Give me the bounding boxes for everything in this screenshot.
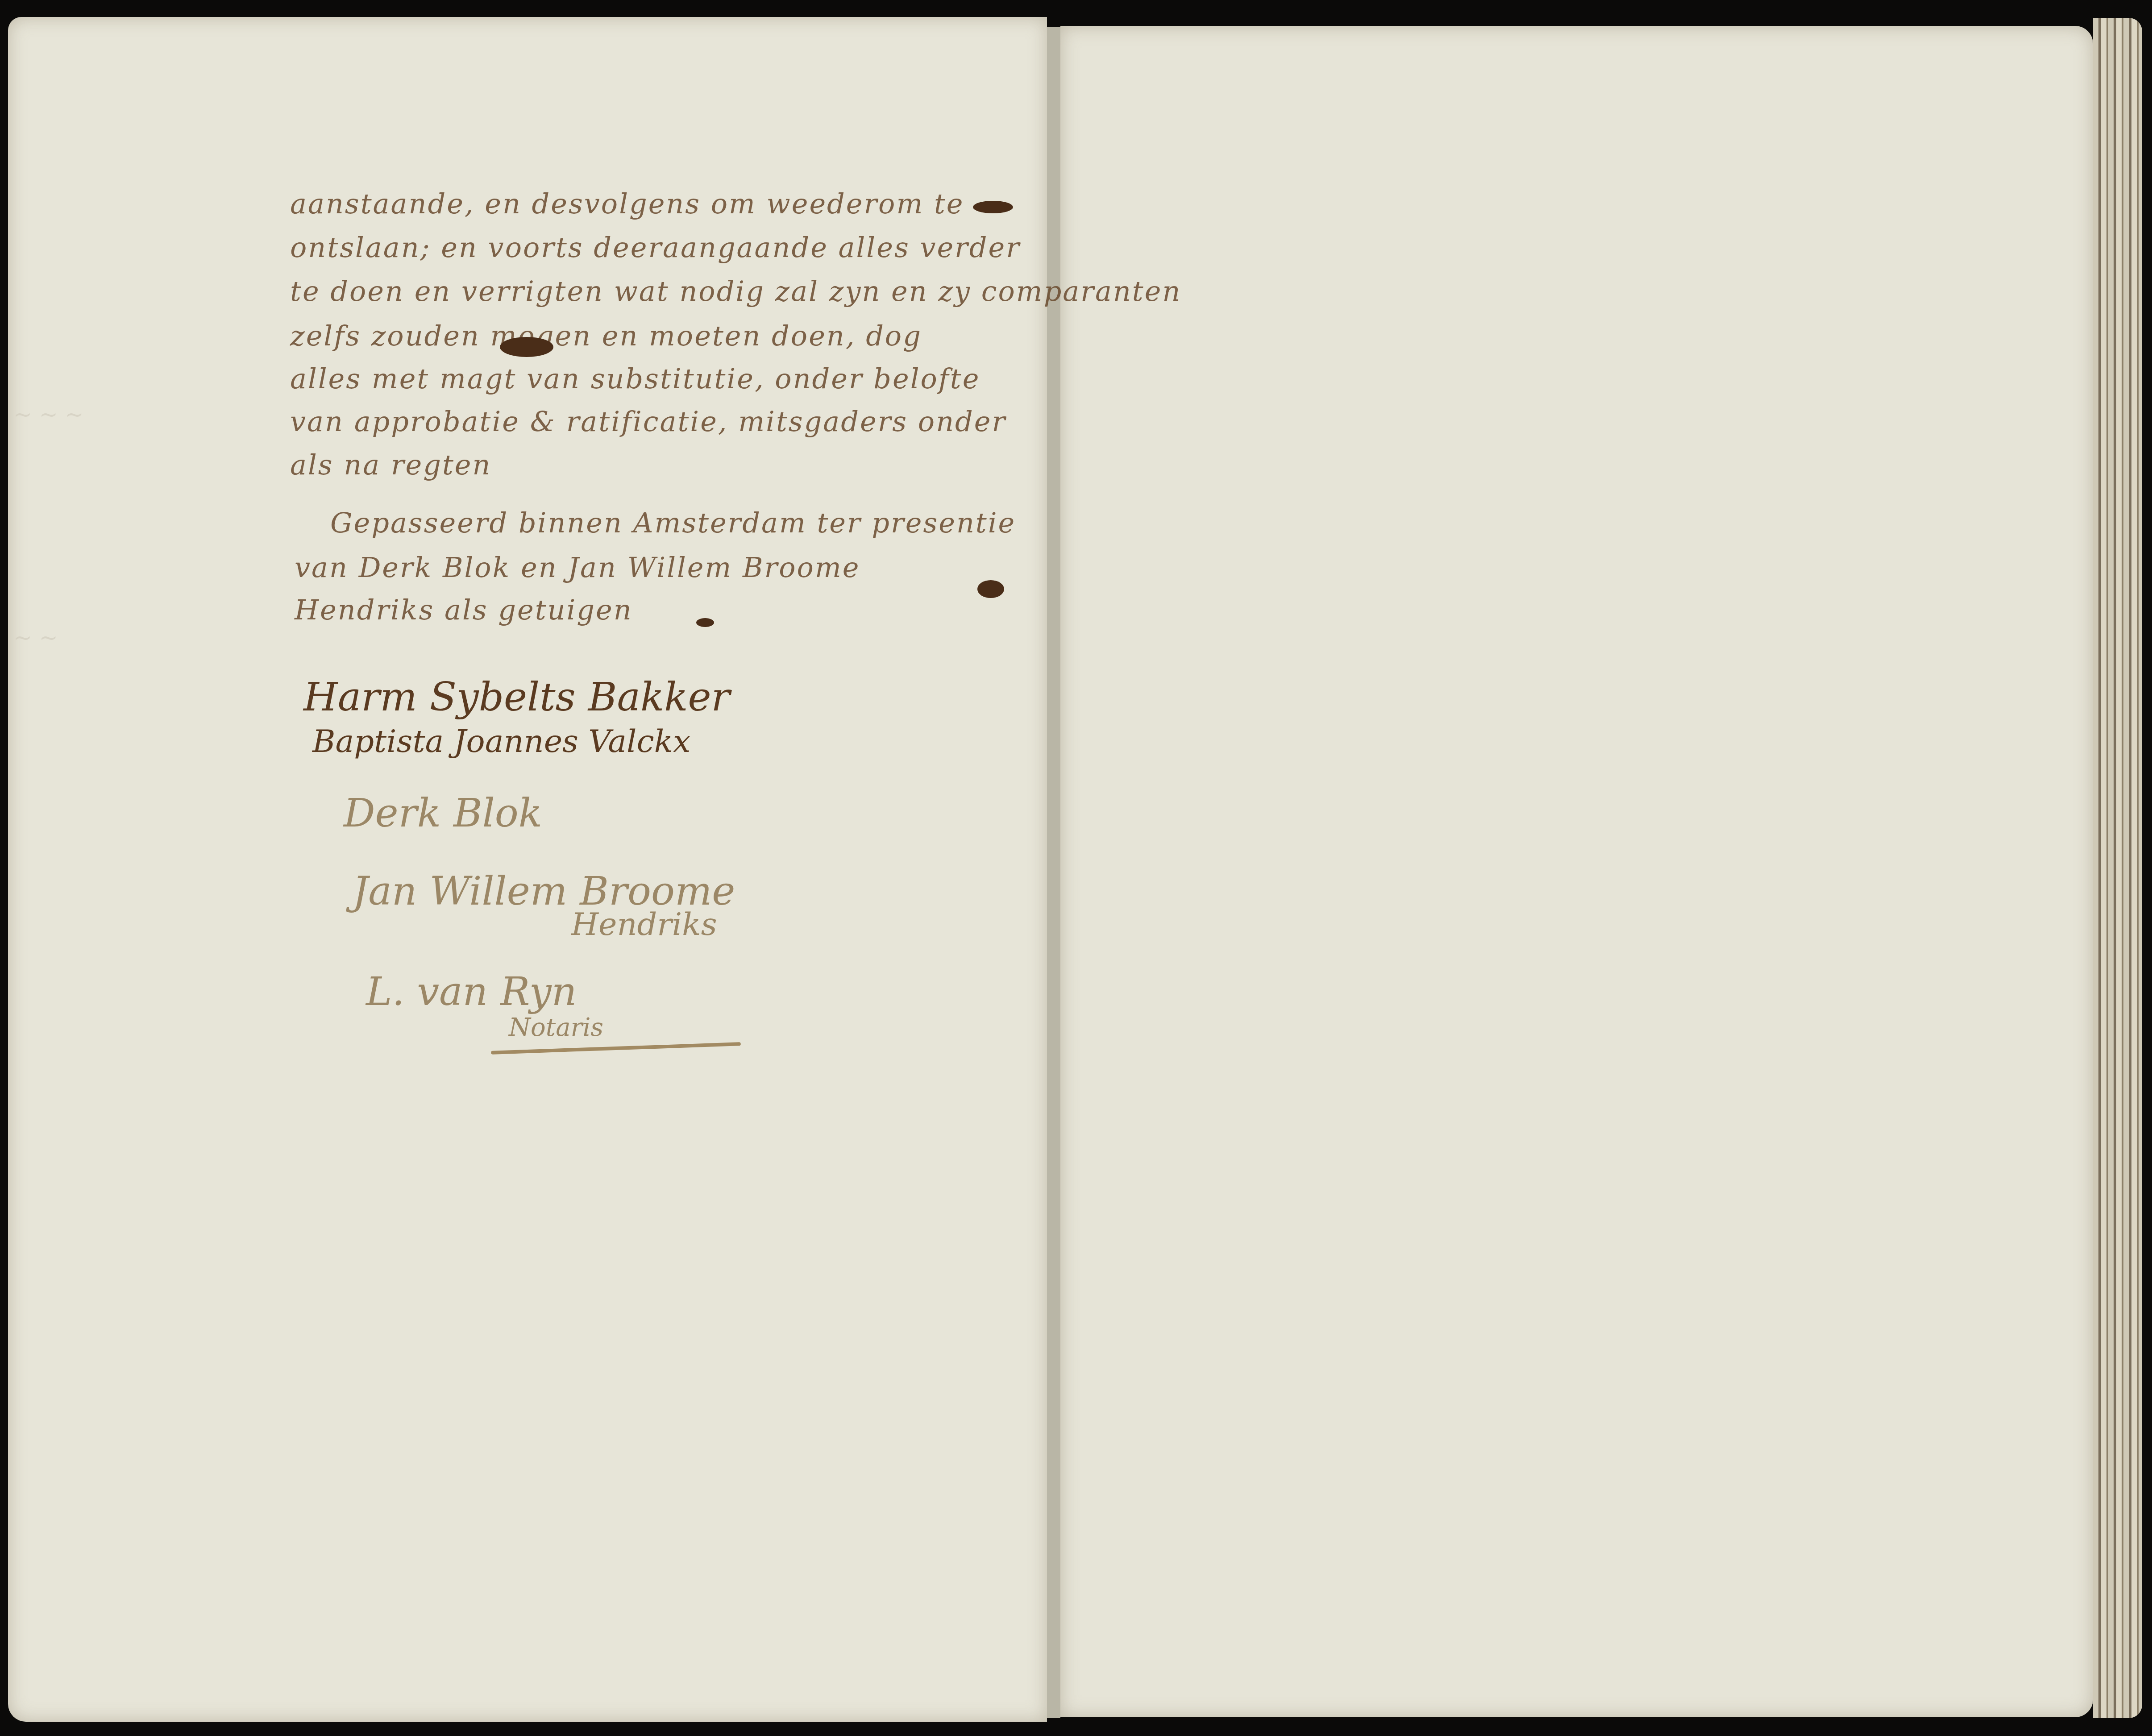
ink-blot: [977, 580, 1004, 598]
ink-blot: [500, 337, 553, 357]
bleed-through-text: ~ ~: [13, 625, 58, 651]
body-line: van approbatie & ratificatie, mitsgaders…: [290, 405, 1006, 438]
signature-derk-blok: Derk Blok: [344, 790, 542, 836]
closing-line: Gepasseerd binnen Amsterdam ter presenti…: [330, 507, 1016, 539]
bleed-through-text: ~ ~ ~: [13, 402, 83, 428]
body-line: als na regten: [290, 449, 491, 481]
body-line: aanstaande, en desvolgens om weederom te: [290, 187, 964, 220]
signature-baptista-joannes-valckx: Baptista Joannes Valckx: [312, 723, 691, 760]
signature-notary-van-ryn: L. van Ryn: [366, 968, 577, 1014]
signature-harm-sybelts-bakker: Harm Sybelts Bakker: [303, 674, 730, 720]
body-line: zelfs zouden mogen en moeten doen, dog: [290, 320, 922, 352]
page-edges: [2093, 18, 2142, 1718]
right-page-blank: [1060, 26, 2093, 1717]
ink-blot: [696, 618, 714, 627]
closing-line: van Derk Blok en Jan Willem Broome: [295, 551, 860, 584]
ink-blot: [973, 201, 1013, 213]
body-line: alles met magt van substitutie, onder be…: [290, 362, 980, 395]
signature-hendriks: Hendriks: [571, 906, 717, 943]
notary-title: Notaris: [509, 1013, 603, 1042]
body-line: ontslaan; en voorts deeraangaande alles …: [290, 231, 1021, 264]
body-line: te doen en verrigten wat nodig zal zyn e…: [290, 275, 1181, 307]
closing-line: Hendriks als getuigen: [295, 594, 633, 626]
